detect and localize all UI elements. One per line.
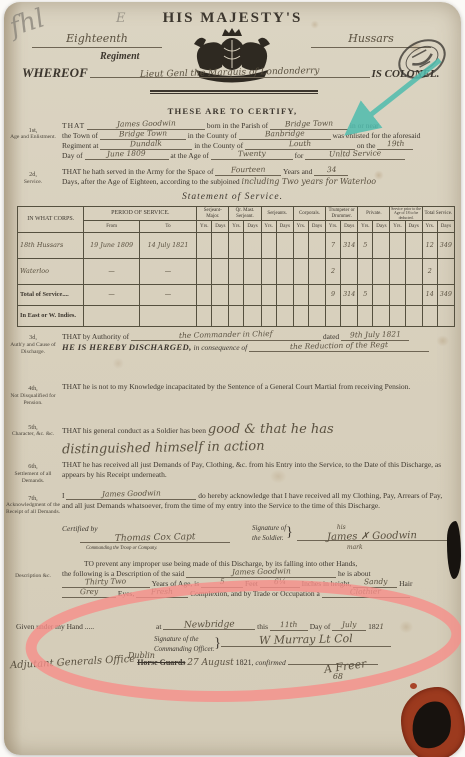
description-name-handwritten: James Goodwin bbox=[232, 566, 291, 577]
wax-droplet bbox=[410, 683, 417, 689]
col-yrs: Yrs. bbox=[390, 221, 405, 233]
section-settlement: 6th, Settlement of all Demands. THAT he … bbox=[4, 460, 461, 485]
years-handwritten: Fourteen bbox=[231, 165, 266, 176]
section-service: 2d, Service. THAT he hath served in the … bbox=[4, 167, 461, 188]
month-year-handwritten: June 1809 bbox=[107, 149, 146, 160]
col-yrs: Yrs. bbox=[197, 221, 212, 233]
age-label: at the Age of bbox=[170, 151, 209, 160]
complexion-label: Complexion, and by Trade or Occupation a bbox=[190, 589, 320, 598]
commanding-officer-signature-block: Signature of the Commanding Officer. } W… bbox=[154, 635, 453, 654]
signature-of-the-label: Signature of the bbox=[154, 635, 214, 644]
age-handwritten: Twenty bbox=[238, 149, 266, 160]
i-label: I bbox=[62, 491, 65, 500]
table-row-indies: In East or W. Indies. bbox=[18, 306, 455, 327]
section-label: Character, &c. &c. bbox=[12, 431, 54, 437]
certified-block: Certified by Thomas Cox Capt Commanding … bbox=[62, 524, 461, 552]
in-or-near-label: in or near bbox=[350, 121, 379, 130]
parish-handwritten: Bridge Town bbox=[285, 118, 333, 129]
table-row-total: Total of Service.... — — 9314 5 14349 bbox=[18, 285, 455, 306]
soldier-signature-handwritten: James ✗ Goodwin bbox=[327, 529, 417, 544]
section-number: 1st, bbox=[4, 127, 62, 135]
col-days: Days bbox=[405, 221, 422, 233]
mark-label-handwritten: mark bbox=[347, 544, 447, 552]
given-month-handwritten: July bbox=[342, 620, 357, 630]
town-handwritten: Bridge Town bbox=[119, 128, 167, 139]
hair-handwritten: Sandy bbox=[363, 577, 387, 588]
adjutant-date-handwritten: 27 August bbox=[187, 658, 233, 668]
col-service-deducted: Service prior to the Age of 18 to be ded… bbox=[390, 206, 422, 220]
consequence-handwritten: the Reduction of the Regt bbox=[290, 340, 388, 352]
years-and-label: Years and bbox=[283, 167, 312, 176]
colonel-name-handwritten: Lieut Genl the Marquis of Londonderry bbox=[140, 65, 320, 81]
section-number: 3d, bbox=[4, 334, 62, 342]
col-days: Days bbox=[276, 221, 293, 233]
section-number: 2d, bbox=[4, 171, 62, 179]
settlement-text: THAT he has received all just Demands of… bbox=[62, 460, 461, 485]
adjutant-line: Adjutant Generals Office Dublin Horse Gu… bbox=[10, 656, 453, 670]
col-trumpeter: Trumpeter or Drummer. bbox=[326, 206, 358, 220]
county2-handwritten: Louth bbox=[289, 139, 311, 150]
given-place-handwritten: Newbridge bbox=[184, 619, 235, 632]
hair-label: Hair bbox=[399, 579, 412, 588]
eyes-handwritten: Grey bbox=[80, 587, 98, 598]
conduct-handwritten-1: good & that he has bbox=[208, 422, 334, 437]
col-to: To bbox=[139, 221, 196, 233]
col-yrs: Yrs. bbox=[293, 221, 308, 233]
pencil-mark: E bbox=[116, 10, 126, 28]
table-row: 18th Hussars 19 June 1809 14 July 1821 7… bbox=[18, 233, 455, 259]
brace-glyph: } bbox=[214, 635, 221, 654]
county-handwritten: Banbridge bbox=[265, 128, 305, 139]
discharge-certificate-document: fhl E HIS MAJESTY'S Eighteenth bbox=[4, 2, 461, 755]
enlisted-label: was enlisted for the aforesaid bbox=[332, 131, 420, 140]
section-discharge-authority: 3d, Auth'y and Cause of Discharge. THAT … bbox=[4, 332, 461, 356]
county2-label: in the County of bbox=[194, 141, 243, 150]
section-number: 5th, bbox=[4, 424, 62, 432]
confirmed-label: , confirmed bbox=[252, 658, 286, 667]
col-days: Days bbox=[373, 221, 390, 233]
pension-text: THAT he is not to my Knowledge incapacit… bbox=[62, 382, 461, 407]
given-label: Given under my Hand ..... bbox=[16, 622, 94, 631]
col-days: Days bbox=[244, 221, 261, 233]
complexion-handwritten: Fresh bbox=[151, 587, 173, 598]
col-from: From bbox=[84, 221, 139, 233]
authority-handwritten: the Commander in Chief bbox=[179, 329, 273, 341]
feet-label: Feet bbox=[245, 579, 258, 588]
conduct-handwritten-2: distinguished himself in action bbox=[62, 435, 453, 459]
given-day-handwritten: 11th bbox=[280, 620, 298, 630]
section-label: Description &c. bbox=[15, 573, 51, 579]
served-text: THAT he hath served in the Army for the … bbox=[62, 167, 214, 176]
col-serjeant-major: Serjeant-Major. bbox=[197, 206, 229, 220]
term-handwritten: Unltd Service bbox=[329, 148, 381, 159]
commanding-officer-label: Commanding Officer. bbox=[154, 645, 214, 654]
col-corporals: Corporals. bbox=[293, 206, 325, 220]
age-handwritten: Thirty Two bbox=[85, 576, 126, 587]
given-line: Given under my Hand ..... at Newbridge t… bbox=[16, 621, 453, 632]
regiment-label: Regiment bbox=[100, 50, 139, 64]
col-yrs: Yrs. bbox=[261, 221, 276, 233]
corps-name-handwritten: Hussars bbox=[348, 32, 393, 45]
section-acknowledgment: 7th, Acknowledgment of the Receipt of al… bbox=[4, 491, 461, 517]
that-label: THAT bbox=[62, 121, 85, 130]
section-age-enlistment: 1st, Age and Enlistment. THAT James Good… bbox=[4, 121, 461, 162]
inches-handwritten: 6¼ bbox=[274, 577, 286, 587]
section-number: 4th, bbox=[4, 385, 62, 393]
col-yrs: Yrs. bbox=[229, 221, 244, 233]
dated-label: dated bbox=[323, 332, 339, 341]
section-pension: 4th, Not Disqualified for Pension. THAT … bbox=[4, 382, 461, 407]
section-label: Not Disqualified for Pension. bbox=[10, 393, 55, 406]
regiment-at-label: Regiment at bbox=[62, 141, 98, 150]
document-header: fhl E HIS MAJESTY'S Eighteenth bbox=[4, 2, 461, 102]
col-private: Private. bbox=[358, 206, 390, 220]
conduct-label: THAT his general conduct as a Soldier ha… bbox=[62, 426, 206, 435]
the-soldier-label: the Soldier. bbox=[252, 534, 286, 543]
dublin-handwritten: Dublin bbox=[128, 651, 155, 662]
table-row: Waterloo — — 2 2 bbox=[18, 259, 455, 285]
certify-heading: THESE ARE TO CERTIFY, bbox=[4, 106, 461, 118]
adjutant-office-handwritten: Adjutant Generals Office bbox=[10, 653, 136, 673]
day-number-handwritten: 19th bbox=[387, 139, 405, 149]
from-cell-handwritten: 19 June 1809 bbox=[90, 241, 133, 249]
at-label: at bbox=[156, 622, 161, 631]
to-cell-handwritten: 14 July 1821 bbox=[148, 241, 189, 249]
section-label: Age and Enlistment. bbox=[10, 134, 56, 140]
col-days: Days bbox=[437, 221, 454, 233]
commanding-troop-label: Commanding the Troop or Company. bbox=[86, 546, 252, 552]
regiment-name-handwritten: Eighteenth bbox=[66, 32, 128, 45]
col-yrs: Yrs. bbox=[422, 221, 437, 233]
year-digit-handwritten: 1 bbox=[379, 622, 384, 631]
statement-of-service-title: Statement of Service. bbox=[4, 191, 461, 204]
signature-of-label: Signature of bbox=[252, 524, 286, 533]
county-label: in the County of bbox=[188, 131, 237, 140]
ink-blot bbox=[447, 521, 461, 579]
col-period: PERIOD OF SERVICE. bbox=[84, 206, 197, 220]
service-extra-handwritten: including Two years for Waterloo bbox=[242, 177, 377, 186]
hereby-discharged-label: HE IS HEREBY DISCHARGED, bbox=[62, 342, 192, 352]
col-days: Days bbox=[341, 221, 358, 233]
acknowledgment-name-handwritten: James Goodwin bbox=[102, 488, 161, 499]
col-corps: IN WHAT CORPS. bbox=[18, 206, 84, 232]
certifier-signature-handwritten: Thomas Cox Capt bbox=[115, 532, 196, 546]
this-label: this bbox=[257, 622, 268, 631]
col-qr-mast-serjeant: Qr. Mast. Serjeant. bbox=[229, 206, 261, 220]
eyes-label: Eyes, bbox=[118, 589, 134, 598]
occupation-handwritten: Clothier bbox=[350, 587, 381, 598]
town-label: the Town of bbox=[62, 131, 98, 140]
col-serjeants: Serjeants. bbox=[261, 206, 293, 220]
day-of-label: Day of bbox=[62, 151, 83, 160]
days-handwritten: 34 bbox=[326, 165, 336, 175]
whereof-label: WHEREOF bbox=[22, 65, 88, 80]
scrawl-handwritten: 68 bbox=[333, 672, 343, 683]
col-yrs: Yrs. bbox=[326, 221, 341, 233]
for-label: for bbox=[295, 151, 304, 160]
statement-of-service-table: IN WHAT CORPS. PERIOD OF SERVICE. Serjea… bbox=[17, 206, 455, 327]
brace-glyph: } bbox=[286, 524, 293, 552]
inches-label: Inches in height, bbox=[302, 579, 352, 588]
corps-cell-handwritten: 18th Hussars bbox=[20, 241, 63, 249]
section-label: Service. bbox=[24, 179, 42, 185]
section-character: 5th, Character, &c. &c. THAT his general… bbox=[4, 421, 461, 456]
section-label: Auth'y and Cause of Discharge. bbox=[10, 342, 56, 355]
place-handwritten: Dundalk bbox=[130, 139, 162, 150]
section-number: 6th, bbox=[4, 463, 62, 471]
oval-ink-stamp-icon bbox=[393, 32, 451, 89]
col-total-service: Total Service. bbox=[422, 206, 454, 220]
consequence-label: in consequence of bbox=[194, 343, 248, 352]
adjutant-year-label: 1821 bbox=[236, 658, 252, 667]
given-day-of-label: Day of bbox=[310, 622, 331, 631]
commanding-officer-signature-handwritten: W Murray Lt Col bbox=[259, 632, 353, 649]
col-yrs: Yrs. bbox=[358, 221, 373, 233]
col-days: Days bbox=[212, 221, 229, 233]
col-days: Days bbox=[308, 221, 325, 233]
authority-label: THAT by Authority of bbox=[62, 332, 129, 341]
year-prefix-label: 182 bbox=[368, 622, 379, 631]
after-eighteen-text: Days, after the Age of Eighteen, accordi… bbox=[62, 177, 240, 186]
double-rule bbox=[150, 90, 318, 94]
section-label: Acknowledgment of the Receipt of all Dem… bbox=[6, 502, 60, 515]
wax-seal-icon bbox=[401, 687, 465, 757]
corps-cell-handwritten: Waterloo bbox=[20, 267, 49, 275]
section-description: Description &c. TO prevent any improper … bbox=[4, 559, 461, 600]
feet-handwritten: 5 bbox=[220, 577, 225, 587]
born-parish-label: born in the Parish of bbox=[207, 121, 268, 130]
section-label: Settlement of all Demands. bbox=[15, 471, 52, 484]
